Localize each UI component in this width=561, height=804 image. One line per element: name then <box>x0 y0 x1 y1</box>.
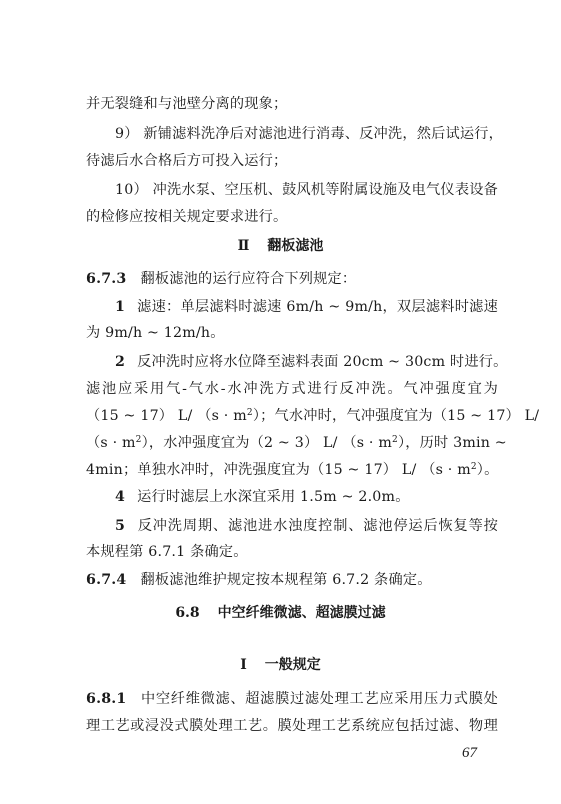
text: 理工艺或浸没式膜处理工艺。膜处理工艺系统应包括过滤、物理 <box>86 718 498 734</box>
item-text: 滤速：单层滤料时滤速 6m/h ~ 9m/h，双层滤料时滤速 <box>137 299 498 315</box>
clause-6-8-1: 6.8.1中空纤维微滤、超滤膜过滤处理工艺应采用压力式膜处 <box>86 690 498 708</box>
text: 为 9m/h ~ 12m/h。 <box>86 325 225 341</box>
section-number: 6.8 <box>175 605 199 621</box>
clause-text: 翻板滤池的运行应符合下列规定： <box>141 271 357 287</box>
item-number: 9） <box>115 126 139 142</box>
section-heading-ii: Ⅱ翻板滤池 <box>0 237 561 255</box>
item-number: 4 <box>115 489 125 505</box>
text-line: 为 9m/h ~ 12m/h。 <box>86 324 498 342</box>
text: 待滤后水合格后方可投入运行； <box>86 153 287 169</box>
text: ），水冲强度宜为（2 ~ 3） L/ （s · m <box>142 435 392 451</box>
roman-numeral: Ⅱ <box>238 238 250 254</box>
text: （15 ~ 17） L/ （s · m <box>86 408 247 424</box>
text: 的检修应按相关规定要求进行。 <box>86 209 287 225</box>
item-text: 运行时滤层上水深宜采用 1.5m ~ 2.0m。 <box>137 489 410 505</box>
section-heading-6-8: 6.8中空纤维微滤、超滤膜过滤 <box>0 604 561 622</box>
item-text: 冲洗水泵、空压机、鼓风机等附属设施及电气仪表设备 <box>153 182 498 198</box>
list-item-2: 2反冲洗时应将水位降至滤料表面 20cm ~ 30cm 时进行。 <box>115 353 498 371</box>
list-item-1: 1滤速：单层滤料时滤速 6m/h ~ 9m/h，双层滤料时滤速 <box>115 298 498 316</box>
text-line: （s · m2），水冲强度宜为（2 ~ 3） L/ （s · m2），历时 3m… <box>86 434 498 452</box>
item-text: 反冲洗时应将水位降至滤料表面 20cm ~ 30cm 时进行。 <box>137 354 507 370</box>
text: 并无裂缝和与池壁分离的现象； <box>86 96 287 112</box>
heading-title: 翻板滤池 <box>267 238 323 254</box>
list-item-10: 10） 冲洗水泵、空压机、鼓风机等附属设施及电气仪表设备 <box>115 181 498 199</box>
item-text: 新铺滤料洗净后对滤池进行消毒、反冲洗，然后试运行， <box>143 126 503 142</box>
text: ）；气水冲时，气冲强度宜为（15 ~ 17） L/ <box>253 408 539 424</box>
text: ），历时 3min ~ <box>398 435 507 451</box>
clause-number: 6.7.3 <box>86 271 127 287</box>
item-number: 10） <box>115 182 148 198</box>
text: 滤池应采用气-气水-水冲洗方式进行反冲洗。气冲强度宜为 <box>86 381 498 397</box>
clause-6-7-3: 6.7.3翻板滤池的运行应符合下列规定： <box>86 270 498 288</box>
list-item-9: 9） 新铺滤料洗净后对滤池进行消毒、反冲洗，然后试运行， <box>115 125 498 143</box>
text: 本规程第 6.7.1 条确定。 <box>86 544 248 560</box>
clause-number: 6.7.4 <box>86 572 127 588</box>
text-line: 理工艺或浸没式膜处理工艺。膜处理工艺系统应包括过滤、物理 <box>86 717 498 735</box>
text-line: 的检修应按相关规定要求进行。 <box>86 208 498 226</box>
text: （s · m <box>86 435 136 451</box>
text-line: 待滤后水合格后方可投入运行； <box>86 152 498 170</box>
item-text: 反冲洗周期、滤池进水浊度控制、滤池停运后恢复等按 <box>137 518 498 534</box>
section-heading-i: Ⅰ一般规定 <box>0 656 561 674</box>
list-item-4: 4运行时滤层上水深宜采用 1.5m ~ 2.0m。 <box>115 488 498 506</box>
text: ）。 <box>477 462 499 478</box>
item-number: 1 <box>115 299 125 315</box>
text-line: （15 ~ 17） L/ （s · m2）；气水冲时，气冲强度宜为（15 ~ 1… <box>86 407 498 425</box>
text-line: 并无裂缝和与池壁分离的现象； <box>86 95 498 113</box>
page-number: 67 <box>462 745 477 762</box>
heading-title: 一般规定 <box>265 657 321 673</box>
clause-6-7-4: 6.7.4翻板滤池维护规定按本规程第 6.7.2 条确定。 <box>86 571 498 589</box>
clause-text: 翻板滤池维护规定按本规程第 6.7.2 条确定。 <box>141 572 432 588</box>
list-item-5: 5反冲洗周期、滤池进水浊度控制、滤池停运后恢复等按 <box>115 517 498 535</box>
text-line: 本规程第 6.7.1 条确定。 <box>86 543 498 561</box>
heading-title: 中空纤维微滤、超滤膜过滤 <box>218 605 386 621</box>
roman-numeral: Ⅰ <box>240 657 247 673</box>
text-line: 4min；单独水冲时，冲洗强度宜为（15 ~ 17） L/ （s · m2）。 <box>86 461 498 479</box>
clause-text: 中空纤维微滤、超滤膜过滤处理工艺应采用压力式膜处 <box>141 691 499 707</box>
item-number: 2 <box>115 354 125 370</box>
text-line: 滤池应采用气-气水-水冲洗方式进行反冲洗。气冲强度宜为 <box>86 380 498 398</box>
text: 4min；单独水冲时，冲洗强度宜为（15 ~ 17） L/ （s · m <box>86 462 471 478</box>
item-number: 5 <box>115 518 125 534</box>
clause-number: 6.8.1 <box>86 691 127 707</box>
